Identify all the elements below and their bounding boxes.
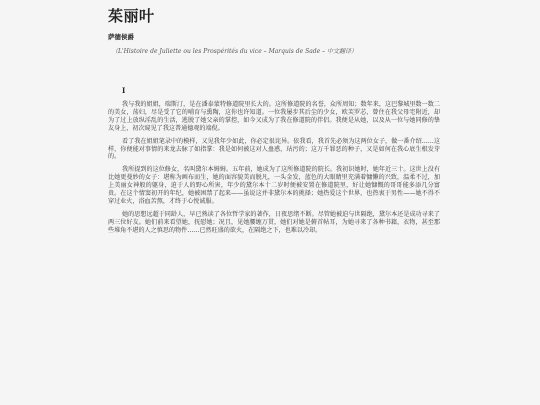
paragraph: 我所提到的这位修女，名叫黛尔本姆姆。五年前，她成为了这所修道院的院长。我初识她时… (108, 166, 440, 206)
chapter-number: I (122, 86, 125, 95)
chapter-body: 我与我的姐姐，瑞斯汀，是在潘泰蒙特修道院里长大的。这所修道院的名誉，众所周知；数… (108, 101, 440, 240)
paragraph: 她的思想远超于同龄人，早已熟读了各位哲学家的著作，日夜思绪不断。尽管她被迫与世隔… (108, 211, 440, 235)
book-title: 茱丽叶 (108, 5, 155, 26)
original-title: （L'Histoire de Juliette ou les Prospérit… (112, 46, 357, 55)
paragraph: 我与我的姐姐，瑞斯汀，是在潘泰蒙特修道院里长大的。这所修道院的名誉，众所周知；数… (108, 101, 440, 133)
book-author: 萨德侯爵 (108, 32, 134, 41)
paragraph: 看了我在姐姐笔录中的模样，又见我年少如此，你必定很诧异。依我看，我首先必须为这两… (108, 138, 440, 162)
